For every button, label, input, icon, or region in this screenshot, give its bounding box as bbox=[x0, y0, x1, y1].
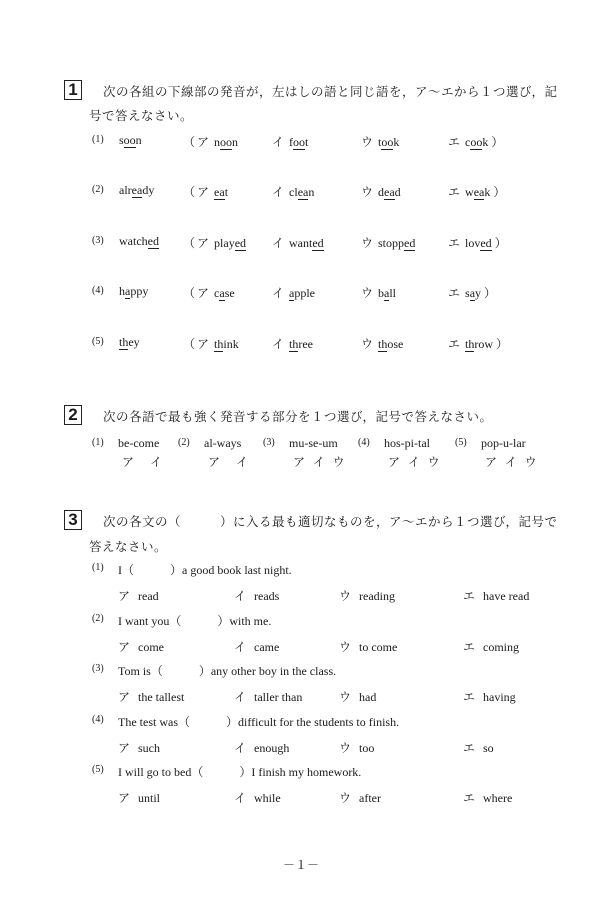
choice-word: noon bbox=[214, 135, 238, 150]
word-part: alr bbox=[119, 183, 132, 197]
question-number: (1) bbox=[92, 134, 104, 145]
word-part: cl bbox=[289, 185, 298, 199]
choice-word: wanted bbox=[289, 236, 324, 251]
target-word: already bbox=[119, 183, 154, 198]
choice-option[interactable]: イwhile bbox=[234, 789, 281, 806]
choice-text: came bbox=[254, 640, 279, 654]
choice-option[interactable]: エcoming bbox=[463, 638, 519, 655]
choice-mark: ウ bbox=[361, 286, 373, 300]
syllable-word: hos-pi-tal bbox=[384, 436, 430, 451]
question-number: (5) bbox=[92, 336, 104, 347]
word-part: ey bbox=[128, 335, 139, 349]
choice-option[interactable]: エhaving bbox=[463, 688, 516, 705]
choice-mark: エ bbox=[448, 236, 460, 250]
word-part: d bbox=[395, 185, 401, 199]
underlined-part: ea bbox=[298, 185, 309, 200]
choice-option[interactable]: アthe tallest bbox=[118, 688, 184, 705]
choice-option[interactable]: ウreading bbox=[339, 587, 395, 604]
choice-mark: ア bbox=[118, 640, 130, 654]
section-3-instruction-line1: 次の各文の（ ）に入る最も適切なものを，ア～エから１つ選び，記号で bbox=[103, 512, 558, 530]
underlined-part: ed bbox=[148, 234, 159, 249]
choice-word: say bbox=[465, 286, 481, 301]
choice-text: while bbox=[254, 791, 281, 805]
choice-word: played bbox=[214, 236, 246, 251]
choice-mark: イ bbox=[234, 741, 246, 755]
choice-option[interactable]: エsay） bbox=[448, 284, 496, 301]
choice-mark: イ bbox=[234, 690, 246, 704]
choice-option[interactable]: イapple bbox=[272, 284, 315, 301]
underlined-part: th bbox=[289, 337, 298, 352]
choice-mark: エ bbox=[463, 690, 475, 704]
word-part: ppy bbox=[130, 284, 148, 298]
choice-mark: エ bbox=[448, 337, 460, 351]
choice-mark: エ bbox=[448, 185, 460, 199]
choice-mark: エ bbox=[448, 286, 460, 300]
target-word: watched bbox=[119, 234, 159, 249]
question-sentence: The test was（ ）difficult for the student… bbox=[118, 713, 399, 730]
choice-mark: ア bbox=[197, 286, 209, 300]
word-part: ose bbox=[387, 337, 403, 351]
choice-option[interactable]: （アcase bbox=[183, 284, 235, 301]
choice-mark: ウ bbox=[339, 741, 351, 755]
word-part: t bbox=[225, 185, 228, 199]
choice-option[interactable]: ウstopped bbox=[361, 234, 415, 251]
choice-text: after bbox=[359, 791, 381, 805]
section-2-instruction: 次の各語で最も強く発音する部分を１つ選び，記号で答えなさい。 bbox=[103, 407, 493, 425]
choice-mark: ウ bbox=[361, 135, 373, 149]
question-number: (2) bbox=[92, 613, 104, 624]
underlined-part: ed bbox=[235, 236, 246, 251]
word-part: k bbox=[482, 135, 488, 149]
choice-option[interactable]: エcook） bbox=[448, 133, 503, 150]
underlined-part: ed bbox=[312, 236, 323, 251]
item-number: (3) bbox=[263, 437, 275, 448]
choice-word: think bbox=[214, 337, 239, 352]
syllable-marks[interactable]: ア イ ウ bbox=[388, 453, 442, 470]
choice-mark: イ bbox=[272, 135, 284, 149]
word-part: se bbox=[225, 286, 235, 300]
close-paren: ） bbox=[491, 135, 503, 149]
syllable-word: al-ways bbox=[204, 436, 241, 451]
choice-option[interactable]: イthree bbox=[272, 335, 313, 352]
underlined-part: ea bbox=[214, 185, 225, 200]
choice-mark: エ bbox=[448, 135, 460, 149]
word-part: ink bbox=[223, 337, 238, 351]
choice-option[interactable]: （アnoon bbox=[183, 133, 238, 150]
section-1-instruction-line2: 号で答えなさい。 bbox=[89, 106, 193, 124]
open-paren: （ bbox=[183, 337, 195, 351]
choice-option[interactable]: エloved） bbox=[448, 234, 507, 251]
choice-text: taller than bbox=[254, 690, 302, 704]
choice-text: so bbox=[483, 741, 494, 755]
underlined-part: ed bbox=[404, 236, 415, 251]
choice-option[interactable]: アuntil bbox=[118, 789, 160, 806]
choice-mark: イ bbox=[234, 791, 246, 805]
choice-option[interactable]: イtaller than bbox=[234, 688, 302, 705]
choice-word: loved bbox=[465, 236, 492, 251]
choice-option[interactable]: ウthose bbox=[361, 335, 403, 352]
choice-text: having bbox=[483, 690, 516, 704]
choice-mark: イ bbox=[234, 589, 246, 603]
question-number: (4) bbox=[92, 285, 104, 296]
choice-text: such bbox=[138, 741, 160, 755]
choice-mark: ウ bbox=[339, 791, 351, 805]
choice-option[interactable]: イclean bbox=[272, 183, 314, 200]
choice-mark: ア bbox=[118, 690, 130, 704]
question-sentence: I（ ）a good book last night. bbox=[118, 561, 292, 578]
choice-mark: イ bbox=[234, 640, 246, 654]
choice-mark: ア bbox=[118, 741, 130, 755]
word-part: lov bbox=[465, 236, 480, 250]
choice-option[interactable]: イenough bbox=[234, 739, 289, 756]
underlined-part: ea bbox=[384, 185, 395, 200]
question-number: (3) bbox=[92, 235, 104, 246]
choice-mark: イ bbox=[272, 236, 284, 250]
item-number: (2) bbox=[178, 437, 190, 448]
word-part: y bbox=[475, 286, 481, 300]
choice-word: stopped bbox=[378, 236, 415, 251]
word-part: ree bbox=[298, 337, 313, 351]
choice-mark: ア bbox=[197, 135, 209, 149]
choice-option[interactable]: ウtoo bbox=[339, 739, 374, 756]
underlined-part: th bbox=[214, 337, 223, 352]
choice-option[interactable]: エthrow） bbox=[448, 335, 508, 352]
word-part: k bbox=[393, 135, 399, 149]
choice-option[interactable]: （アeat bbox=[183, 183, 228, 200]
choice-option[interactable]: ウhad bbox=[339, 688, 376, 705]
word-part: n bbox=[232, 135, 238, 149]
target-word-text: watched bbox=[119, 234, 159, 249]
choice-text: to come bbox=[359, 640, 397, 654]
word-part: play bbox=[214, 236, 235, 250]
section-3-instruction-line2: 答えなさい。 bbox=[89, 537, 167, 555]
choice-text: reads bbox=[254, 589, 279, 603]
underlined-part: oo bbox=[124, 133, 136, 148]
section-3-number-box: 3 bbox=[64, 510, 82, 530]
choice-text: read bbox=[138, 589, 159, 603]
open-paren: （ bbox=[183, 185, 195, 199]
target-word: happy bbox=[119, 284, 148, 299]
choice-option[interactable]: ウto come bbox=[339, 638, 397, 655]
choice-text: the tallest bbox=[138, 690, 184, 704]
choice-option[interactable]: （アthink bbox=[183, 335, 239, 352]
page-number: －１－ bbox=[283, 856, 319, 873]
question-sentence: Tom is（ ）any other boy in the class. bbox=[118, 662, 336, 679]
target-word-text: they bbox=[119, 335, 140, 350]
underlined-part: th bbox=[119, 335, 128, 350]
choice-option[interactable]: イcame bbox=[234, 638, 279, 655]
syllable-marks[interactable]: ア イ ウ bbox=[485, 453, 539, 470]
target-word-text: happy bbox=[119, 284, 148, 299]
close-paren: ） bbox=[495, 236, 507, 250]
choice-mark: ウ bbox=[339, 690, 351, 704]
choice-text: too bbox=[359, 741, 374, 755]
choice-text: enough bbox=[254, 741, 289, 755]
choice-mark: ア bbox=[197, 337, 209, 351]
choice-mark: ウ bbox=[339, 640, 351, 654]
question-number: (5) bbox=[92, 764, 104, 775]
close-paren: ） bbox=[493, 185, 505, 199]
word-part: row bbox=[474, 337, 493, 351]
close-paren: ） bbox=[484, 286, 496, 300]
choice-word: eat bbox=[214, 185, 228, 200]
choice-word: three bbox=[289, 337, 313, 352]
choice-option[interactable]: ウafter bbox=[339, 789, 381, 806]
word-part: dy bbox=[142, 183, 154, 197]
choice-option[interactable]: イwanted bbox=[272, 234, 324, 251]
choice-word: apple bbox=[289, 286, 315, 301]
choice-text: where bbox=[483, 791, 512, 805]
question-number: (3) bbox=[92, 663, 104, 674]
word-part: n bbox=[308, 185, 314, 199]
target-word: soon bbox=[119, 133, 142, 148]
choice-text: until bbox=[138, 791, 160, 805]
choice-mark: イ bbox=[272, 185, 284, 199]
underlined-part: oo bbox=[293, 135, 305, 150]
underlined-part: oo bbox=[470, 135, 482, 150]
choice-option[interactable]: エso bbox=[463, 739, 494, 756]
word-part: want bbox=[289, 236, 312, 250]
section-2-number-box: 2 bbox=[64, 405, 82, 425]
word-part: pple bbox=[294, 286, 315, 300]
word-part: n bbox=[136, 133, 142, 147]
choice-mark: イ bbox=[272, 286, 284, 300]
choice-word: weak bbox=[465, 185, 490, 200]
word-part: w bbox=[465, 185, 474, 199]
word-part: s bbox=[465, 286, 470, 300]
question-number: (2) bbox=[92, 184, 104, 195]
question-sentence: I want you（ ）with me. bbox=[118, 612, 271, 629]
choice-mark: ア bbox=[197, 185, 209, 199]
choice-word: those bbox=[378, 337, 403, 352]
choice-option[interactable]: イreads bbox=[234, 587, 279, 604]
choice-mark: ア bbox=[118, 589, 130, 603]
target-word-text: already bbox=[119, 183, 154, 198]
choice-mark: ウ bbox=[361, 185, 373, 199]
underlined-part: ea bbox=[132, 183, 143, 198]
open-paren: （ bbox=[183, 236, 195, 250]
choice-mark: エ bbox=[463, 741, 475, 755]
choice-option[interactable]: （アplayed bbox=[183, 234, 246, 251]
choice-word: clean bbox=[289, 185, 314, 200]
choice-text: had bbox=[359, 690, 376, 704]
underlined-part: th bbox=[465, 337, 474, 352]
choice-word: case bbox=[214, 286, 235, 301]
syllable-marks[interactable]: ア イ bbox=[208, 453, 250, 470]
open-paren: （ bbox=[183, 135, 195, 149]
choice-word: dead bbox=[378, 185, 401, 200]
choice-word: foot bbox=[289, 135, 308, 150]
choice-option[interactable]: アcome bbox=[118, 638, 164, 655]
syllable-word: mu-se-um bbox=[289, 436, 338, 451]
question-number: (4) bbox=[92, 714, 104, 725]
syllable-marks[interactable]: ア イ bbox=[122, 453, 164, 470]
underlined-part: oo bbox=[220, 135, 232, 150]
choice-option[interactable]: イfoot bbox=[272, 133, 308, 150]
choice-word: throw bbox=[465, 337, 493, 352]
choice-mark: イ bbox=[272, 337, 284, 351]
item-number: (5) bbox=[455, 437, 467, 448]
underlined-part: ea bbox=[474, 185, 485, 200]
syllable-word: be-come bbox=[118, 436, 159, 451]
word-part: t bbox=[305, 135, 308, 149]
choice-option[interactable]: ウball bbox=[361, 284, 396, 301]
underlined-part: th bbox=[378, 337, 387, 352]
choice-option[interactable]: ウdead bbox=[361, 183, 401, 200]
open-paren: （ bbox=[183, 286, 195, 300]
choice-mark: ウ bbox=[361, 337, 373, 351]
syllable-marks[interactable]: ア イ ウ bbox=[293, 453, 347, 470]
word-part: s bbox=[119, 133, 124, 147]
question-sentence: I will go to bed（ ）I finish my homework. bbox=[118, 763, 361, 780]
choice-mark: エ bbox=[463, 589, 475, 603]
underlined-part: oo bbox=[381, 135, 393, 150]
syllable-word: pop-u-lar bbox=[481, 436, 526, 451]
choice-word: took bbox=[378, 135, 399, 150]
target-word: they bbox=[119, 335, 140, 350]
choice-mark: エ bbox=[463, 640, 475, 654]
choice-option[interactable]: エweak） bbox=[448, 183, 505, 200]
item-number: (4) bbox=[358, 437, 370, 448]
question-number: (1) bbox=[92, 562, 104, 573]
choice-word: cook bbox=[465, 135, 488, 150]
choice-text: coming bbox=[483, 640, 519, 654]
choice-mark: ウ bbox=[361, 236, 373, 250]
choice-option[interactable]: アread bbox=[118, 587, 159, 604]
choice-text: reading bbox=[359, 589, 395, 603]
choice-mark: ウ bbox=[339, 589, 351, 603]
word-part: stopp bbox=[378, 236, 404, 250]
choice-option[interactable]: エhave read bbox=[463, 587, 529, 604]
choice-text: come bbox=[138, 640, 164, 654]
choice-mark: ア bbox=[197, 236, 209, 250]
target-word-text: soon bbox=[119, 133, 142, 148]
choice-option[interactable]: エwhere bbox=[463, 789, 512, 806]
item-number: (1) bbox=[92, 437, 104, 448]
choice-option[interactable]: ウtook bbox=[361, 133, 399, 150]
choice-mark: ア bbox=[118, 791, 130, 805]
choice-option[interactable]: アsuch bbox=[118, 739, 160, 756]
section-1-instruction-line1: 次の各組の下線部の発音が，左はしの語と同じ語を，ア～エから１つ選び，記 bbox=[103, 82, 558, 100]
underlined-part: ed bbox=[480, 236, 491, 251]
choice-text: have read bbox=[483, 589, 529, 603]
word-part: ll bbox=[389, 286, 396, 300]
choice-word: ball bbox=[378, 286, 396, 301]
choice-mark: エ bbox=[463, 791, 475, 805]
close-paren: ） bbox=[496, 337, 508, 351]
word-part: k bbox=[484, 185, 490, 199]
word-part: watch bbox=[119, 234, 148, 248]
section-1-number-box: 1 bbox=[64, 80, 82, 100]
